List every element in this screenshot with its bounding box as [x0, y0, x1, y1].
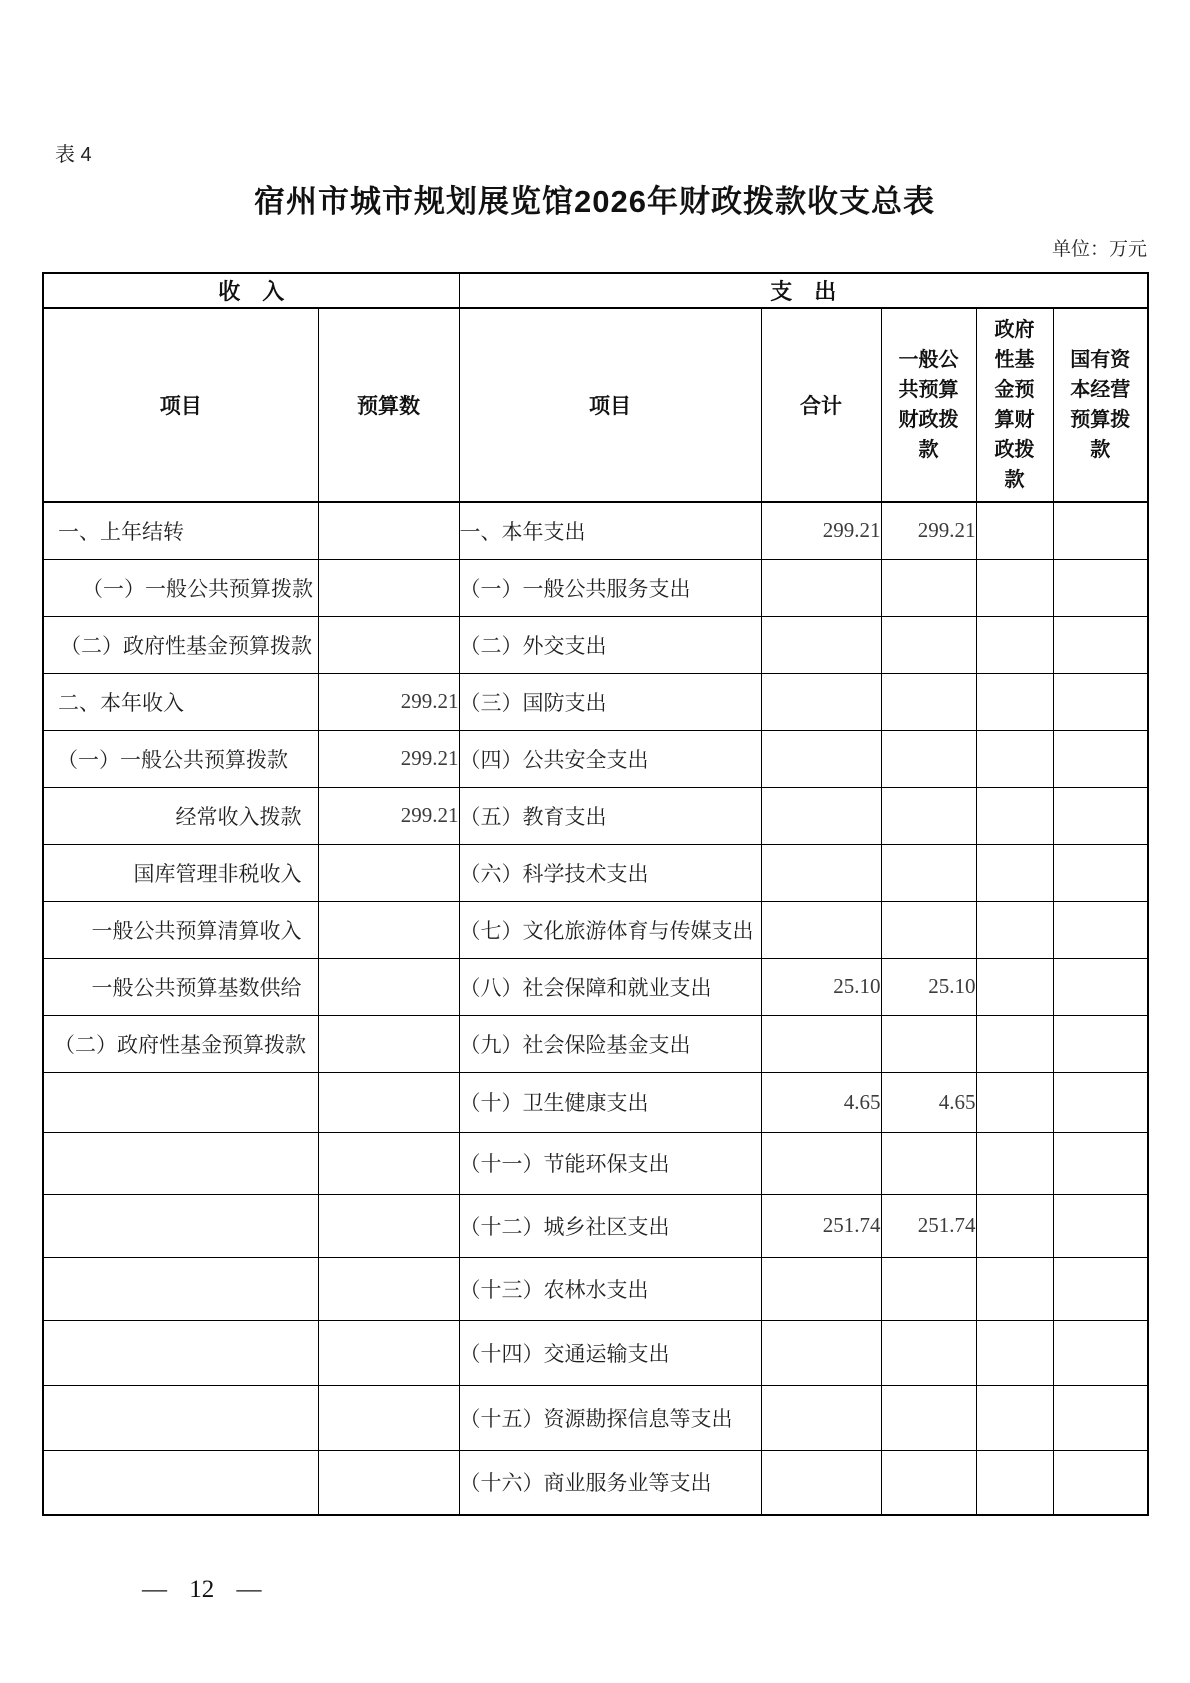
income-item-cell: 经常收入拨款: [43, 787, 318, 844]
budget-value-cell: [318, 901, 459, 958]
total-value-cell: 251.74: [761, 1194, 881, 1257]
general-public-value-cell: [881, 1015, 976, 1072]
budget-value-cell: 299.21: [318, 730, 459, 787]
general-public-value-cell: [881, 1257, 976, 1320]
budget-value-cell: 299.21: [318, 787, 459, 844]
expense-item-cell: （七）文化旅游体育与传媒支出: [459, 901, 761, 958]
total-value-cell: [761, 616, 881, 673]
expenditure-section-header: 支 出: [459, 273, 1148, 308]
col-header-state-capital: 国有资 本经营 预算拨 款: [1053, 308, 1148, 502]
state-capital-value-cell: [1053, 1257, 1148, 1320]
income-item-cell: （一）一般公共预算拨款: [43, 730, 318, 787]
total-value-cell: [761, 844, 881, 901]
col-header-total: 合计: [761, 308, 881, 502]
total-value-cell: [761, 1015, 881, 1072]
total-value-cell: [761, 787, 881, 844]
gov-fund-value-cell: [976, 1450, 1053, 1515]
expense-item-cell: （六）科学技术支出: [459, 844, 761, 901]
expense-item-cell: （三）国防支出: [459, 673, 761, 730]
budget-value-cell: [318, 502, 459, 559]
budget-value-cell: [318, 1132, 459, 1194]
state-capital-value-cell: [1053, 787, 1148, 844]
state-capital-value-cell: [1053, 958, 1148, 1015]
general-public-value-cell: [881, 730, 976, 787]
general-public-value-cell: 4.65: [881, 1072, 976, 1132]
general-public-value-cell: [881, 1132, 976, 1194]
budget-value-cell: [318, 1015, 459, 1072]
table-row: 一般公共预算清算收入（七）文化旅游体育与传媒支出: [43, 901, 1148, 958]
expense-item-cell: （一）一般公共服务支出: [459, 559, 761, 616]
table-row: （一）一般公共预算拨款（一）一般公共服务支出: [43, 559, 1148, 616]
table-row: （十）卫生健康支出4.654.65: [43, 1072, 1148, 1132]
total-value-cell: [761, 1450, 881, 1515]
budget-value-cell: [318, 616, 459, 673]
table-row: 一、上年结转一、本年支出299.21299.21: [43, 502, 1148, 559]
table-row: （十四）交通运输支出: [43, 1320, 1148, 1385]
table-label: 表 4: [55, 138, 92, 167]
income-item-cell: [43, 1320, 318, 1385]
table-row: 国库管理非税收入（六）科学技术支出: [43, 844, 1148, 901]
income-section-header: 收 入: [43, 273, 459, 308]
total-value-cell: [761, 1257, 881, 1320]
gov-fund-value-cell: [976, 1257, 1053, 1320]
income-item-cell: 国库管理非税收入: [43, 844, 318, 901]
general-public-value-cell: 299.21: [881, 502, 976, 559]
budget-value-cell: [318, 1385, 459, 1450]
general-public-value-cell: [881, 616, 976, 673]
section-header-row: 收 入 支 出: [43, 273, 1148, 308]
budget-value-cell: [318, 1257, 459, 1320]
gov-fund-value-cell: [976, 787, 1053, 844]
income-item-cell: 一、上年结转: [43, 502, 318, 559]
budget-value-cell: [318, 844, 459, 901]
gov-fund-value-cell: [976, 901, 1053, 958]
page-title: 宿州市城市规划展览馆2026年财政拨款收支总表: [42, 176, 1147, 221]
gov-fund-value-cell: [976, 673, 1053, 730]
expense-item-cell: （九）社会保险基金支出: [459, 1015, 761, 1072]
state-capital-value-cell: [1053, 1194, 1148, 1257]
document-page: 表 4 宿州市城市规划展览馆2026年财政拨款收支总表 单位：万元 收 入 支 …: [0, 0, 1190, 1683]
expense-item-cell: （十）卫生健康支出: [459, 1072, 761, 1132]
general-public-value-cell: [881, 901, 976, 958]
expense-item-cell: （五）教育支出: [459, 787, 761, 844]
page-number: — 12 —: [142, 1576, 262, 1604]
general-public-value-cell: [881, 844, 976, 901]
expense-item-cell: （十五）资源勘探信息等支出: [459, 1385, 761, 1450]
general-public-value-cell: [881, 787, 976, 844]
total-value-cell: 299.21: [761, 502, 881, 559]
col-header-general-public: 一般公 共预算 财政拨 款: [881, 308, 976, 502]
state-capital-value-cell: [1053, 616, 1148, 673]
expense-item-cell: （十四）交通运输支出: [459, 1320, 761, 1385]
state-capital-value-cell: [1053, 559, 1148, 616]
income-item-cell: （二）政府性基金预算拨款: [43, 616, 318, 673]
total-value-cell: [761, 673, 881, 730]
budget-value-cell: [318, 1450, 459, 1515]
total-value-cell: [761, 901, 881, 958]
general-public-value-cell: [881, 1320, 976, 1385]
gov-fund-value-cell: [976, 1320, 1053, 1385]
state-capital-value-cell: [1053, 1320, 1148, 1385]
total-value-cell: 25.10: [761, 958, 881, 1015]
expense-item-cell: 一、本年支出: [459, 502, 761, 559]
table-row: （一）一般公共预算拨款299.21（四）公共安全支出: [43, 730, 1148, 787]
gov-fund-value-cell: [976, 1015, 1053, 1072]
table-row: 二、本年收入299.21（三）国防支出: [43, 673, 1148, 730]
total-value-cell: [761, 730, 881, 787]
table-row: 经常收入拨款299.21（五）教育支出: [43, 787, 1148, 844]
expense-item-cell: （四）公共安全支出: [459, 730, 761, 787]
gov-fund-value-cell: [976, 844, 1053, 901]
column-header-row: 项目 预算数 项目 合计 一般公 共预算 财政拨 款 政府 性基 金预 算财 政…: [43, 308, 1148, 502]
income-item-cell: 一般公共预算清算收入: [43, 901, 318, 958]
income-item-cell: [43, 1194, 318, 1257]
state-capital-value-cell: [1053, 673, 1148, 730]
income-item-cell: [43, 1132, 318, 1194]
table-row: （十五）资源勘探信息等支出: [43, 1385, 1148, 1450]
unit-note: 单位：万元: [1052, 234, 1147, 261]
state-capital-value-cell: [1053, 1072, 1148, 1132]
state-capital-value-cell: [1053, 730, 1148, 787]
state-capital-value-cell: [1053, 1015, 1148, 1072]
state-capital-value-cell: [1053, 1450, 1148, 1515]
general-public-value-cell: [881, 559, 976, 616]
gov-fund-value-cell: [976, 1385, 1053, 1450]
budget-value-cell: 299.21: [318, 673, 459, 730]
table-row: （十二）城乡社区支出251.74251.74: [43, 1194, 1148, 1257]
table-row: （二）政府性基金预算拨款（九）社会保险基金支出: [43, 1015, 1148, 1072]
income-item-cell: （二）政府性基金预算拨款: [43, 1015, 318, 1072]
state-capital-value-cell: [1053, 844, 1148, 901]
general-public-value-cell: [881, 1385, 976, 1450]
state-capital-value-cell: [1053, 901, 1148, 958]
gov-fund-value-cell: [976, 730, 1053, 787]
col-header-budget: 预算数: [318, 308, 459, 502]
expense-item-cell: （二）外交支出: [459, 616, 761, 673]
gov-fund-value-cell: [976, 1132, 1053, 1194]
table-row: （十三）农林水支出: [43, 1257, 1148, 1320]
gov-fund-value-cell: [976, 1194, 1053, 1257]
table-row: （十一）节能环保支出: [43, 1132, 1148, 1194]
total-value-cell: [761, 1320, 881, 1385]
budget-value-cell: [318, 1194, 459, 1257]
table-body: 收 入 支 出 项目 预算数 项目 合计 一般公 共预算 财政拨 款 政府 性基…: [43, 273, 1148, 1515]
budget-value-cell: [318, 559, 459, 616]
general-public-value-cell: 251.74: [881, 1194, 976, 1257]
general-public-value-cell: [881, 673, 976, 730]
col-header-item-left: 项目: [43, 308, 318, 502]
gov-fund-value-cell: [976, 616, 1053, 673]
budget-value-cell: [318, 958, 459, 1015]
expense-item-cell: （八）社会保障和就业支出: [459, 958, 761, 1015]
state-capital-value-cell: [1053, 1132, 1148, 1194]
table-row: 一般公共预算基数供给（八）社会保障和就业支出25.1025.10: [43, 958, 1148, 1015]
budget-value-cell: [318, 1320, 459, 1385]
income-item-cell: [43, 1385, 318, 1450]
state-capital-value-cell: [1053, 502, 1148, 559]
budget-value-cell: [318, 1072, 459, 1132]
gov-fund-value-cell: [976, 958, 1053, 1015]
total-value-cell: 4.65: [761, 1072, 881, 1132]
table-row: （二）政府性基金预算拨款（二）外交支出: [43, 616, 1148, 673]
general-public-value-cell: [881, 1450, 976, 1515]
expense-item-cell: （十一）节能环保支出: [459, 1132, 761, 1194]
table-row: （十六）商业服务业等支出: [43, 1450, 1148, 1515]
gov-fund-value-cell: [976, 559, 1053, 616]
gov-fund-value-cell: [976, 502, 1053, 559]
total-value-cell: [761, 1385, 881, 1450]
income-item-cell: [43, 1257, 318, 1320]
total-value-cell: [761, 1132, 881, 1194]
income-item-cell: 二、本年收入: [43, 673, 318, 730]
total-value-cell: [761, 559, 881, 616]
gov-fund-value-cell: [976, 1072, 1053, 1132]
expense-item-cell: （十六）商业服务业等支出: [459, 1450, 761, 1515]
col-header-item-right: 项目: [459, 308, 761, 502]
expense-item-cell: （十二）城乡社区支出: [459, 1194, 761, 1257]
income-item-cell: [43, 1072, 318, 1132]
income-item-cell: 一般公共预算基数供给: [43, 958, 318, 1015]
col-header-gov-fund: 政府 性基 金预 算财 政拨 款: [976, 308, 1053, 502]
state-capital-value-cell: [1053, 1385, 1148, 1450]
budget-table: 收 入 支 出 项目 预算数 项目 合计 一般公 共预算 财政拨 款 政府 性基…: [42, 272, 1149, 1516]
expense-item-cell: （十三）农林水支出: [459, 1257, 761, 1320]
income-item-cell: [43, 1450, 318, 1515]
general-public-value-cell: 25.10: [881, 958, 976, 1015]
income-item-cell: （一）一般公共预算拨款: [43, 559, 318, 616]
